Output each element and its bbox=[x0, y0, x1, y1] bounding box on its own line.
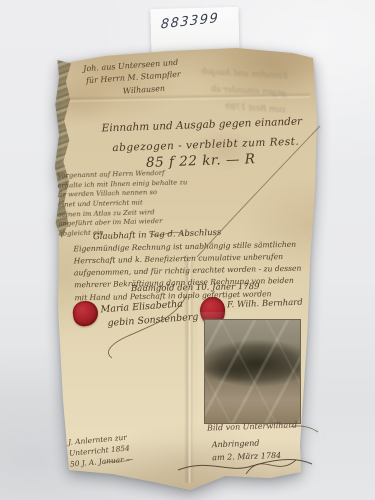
plastic-sheen-overlay bbox=[205, 320, 300, 423]
attached-landscape-photo bbox=[204, 319, 301, 424]
header-note: Joh. aus Unterseen und für Herrn M. Stam… bbox=[83, 57, 182, 101]
body-paragraph-small: Vorgenannt auf Herrn Wendorf erhalte ich… bbox=[57, 168, 189, 239]
body-paragraph-main: Eigenmündige Rechnung ist unabhängig sti… bbox=[73, 239, 302, 304]
attached-photo-wrapper bbox=[198, 312, 310, 429]
bottom-left-note: J. Anlernten zur Unterricht 1854 50 J. A… bbox=[68, 431, 134, 470]
photograph-scene: 883399 Joh. aus Unterseen und für Herrn … bbox=[0, 0, 375, 500]
note-line: am 2. März 1784 bbox=[212, 450, 281, 465]
bleedthrough-text: Einnahm und Ausgab gegen einander ab zum… bbox=[199, 64, 288, 119]
bottom-right-note: Anbringend am 2. März 1784 bbox=[212, 437, 282, 465]
manuscript-paper: Joh. aus Unterseen und für Herrn M. Stam… bbox=[0, 0, 375, 500]
